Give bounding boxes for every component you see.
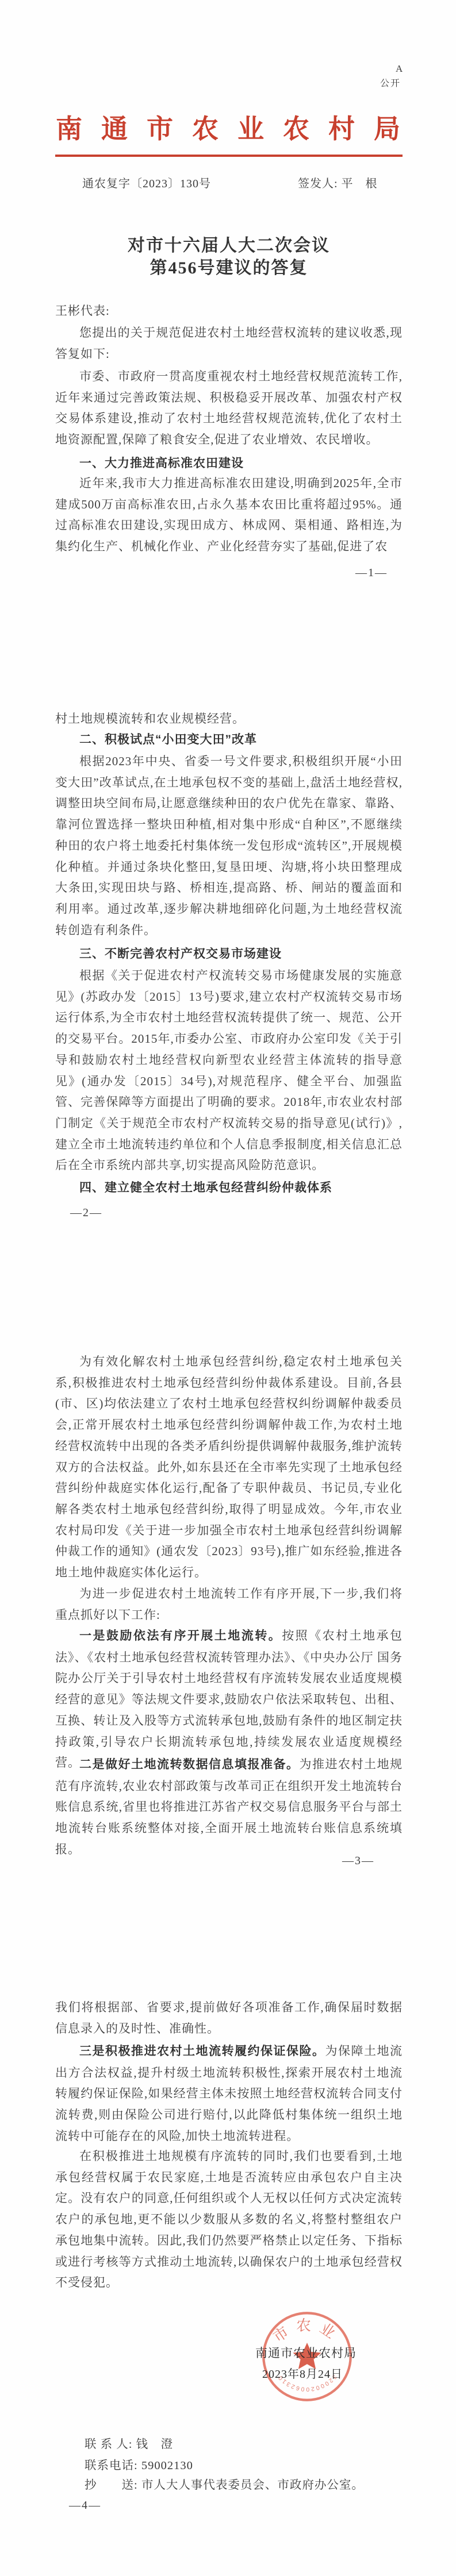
signature-date: 2023年8月24日 [262,2365,343,2381]
overview-paragraph: 市委、市政府一贯高度重视农村土地经营权规范流转工作,近年来通过完善政策法规、积极… [55,366,403,450]
farmland-paragraph: 近年来,我市大力推进高标准农田建设,明确到2025年,全市建成500万亩高标准农… [55,473,403,557]
doc-title-line2: 第456号建议的答复 [55,253,403,279]
market-paragraph: 根据《关于促进农村产权流转交易市场健康发展的实施意见》(苏政办发〔2015〕13… [55,965,403,1176]
page-number-4: —4— [69,2499,101,2512]
contact-phone-line: 联系电话: 59002130 [85,2455,193,2473]
doc-number: 通农复字〔2023〕130号 [82,174,211,191]
doc-title-line1: 对市十六届人大二次会议 [55,231,403,256]
measure-2-lead: 二是做好土地流转数据信息填报准备。 [79,1758,300,1771]
measure-1-paragraph: 一是鼓励依法有序开展土地流转。按照《农村土地承包法》、《农村土地承包经营权流转管… [55,1625,403,1773]
grade-mark: A [396,63,403,75]
cc-line: 抄 送: 市人大人事代表委员会、市政府办公室。 [85,2475,364,2492]
contact-person-line: 联 系 人: 钱 澄 [85,2434,173,2451]
section-heading-4: 四、建立健全农村土地承包经营纠纷仲裁体系 [55,1178,403,1199]
page-number-1: —1— [355,566,388,580]
section-heading-2: 二、积极试点“小田变大田”改革 [55,730,403,751]
next-step-paragraph: 为进一步促进农村土地流转工作有序开展,下一步,我们将重点抓好以下工作: [55,1583,403,1625]
scanned-official-document: A 公开 南通市农业农村局 通农复字〔2023〕130号 签发人: 平 根 对市… [0,0,456,2576]
letterhead-rule [55,155,403,157]
issuer-line: 签发人: 平 根 [298,174,378,191]
publicity-mark: 公开 [380,76,401,89]
measure-1-lead: 一是鼓励依法有序开展土地流转。 [79,1629,282,1642]
measure-3-lead: 三是积极推进农村土地流转履约保证保险。 [79,2045,325,2058]
caution-paragraph: 在积极推进土地规模有序流转的同时,我们也要看到,土地承包经营权属于农民家庭,土地… [55,2146,403,2293]
reform-paragraph: 根据2023年中央、省委一号文件要求,积极组织开展“小田变大田”改革试点,在土地… [55,751,403,940]
page-number-3: —3— [342,1854,374,1868]
agency-letterhead: 南通市农业农村局 [56,108,419,146]
measure-2-paragraph: 二是做好土地流转数据信息填报准备。为推进农村土地规范有序流转,农业农村部政策与改… [55,1754,403,1860]
arbitration-paragraph: 为有效化解农村土地承包经营纠纷,稳定农村土地承包关系,积极推进农村土地承包经营纠… [55,1351,403,1583]
signature-agency: 南通市农业农村局 [255,2344,357,2361]
measure-1-text: 按照《农村土地承包法》、《农村土地承包经营权流转管理办法》、《中央办公厅 国务院… [55,1629,403,1769]
page-number-2: —2— [70,1206,102,1220]
section-heading-3: 三、不断完善农村产权交易市场建设 [55,944,403,965]
section-heading-1: 一、大力推进高标准农田建设 [55,453,403,475]
measure-2-text: 为推进农村土地规范有序流转,农业农村部政策与改革司正在组织开发土地流转台账信息系… [55,1757,403,1856]
salutation: 王彬代表: [55,300,403,322]
measure-2-paragraph-continued: 我们将根据部、省要求,提前做好各项准备工作,确保届时数据信息录入的及时性、准确性… [55,1997,403,2039]
farmland-paragraph-continued: 村土地规模流转和农业规模经营。 [55,708,403,730]
intro-paragraph: 您提出的关于规范促进农村土地经营权流转的建议收悉,现答复如下: [55,322,403,364]
measure-3-text: 为保障土地流出方合法权益,提升村级土地流转积极性,探索开展农村土地流转履约保证保… [55,2044,403,2143]
measure-3-paragraph: 三是积极推进农村土地流转履约保证保险。为保障土地流出方合法权益,提升村级土地流转… [55,2041,403,2147]
